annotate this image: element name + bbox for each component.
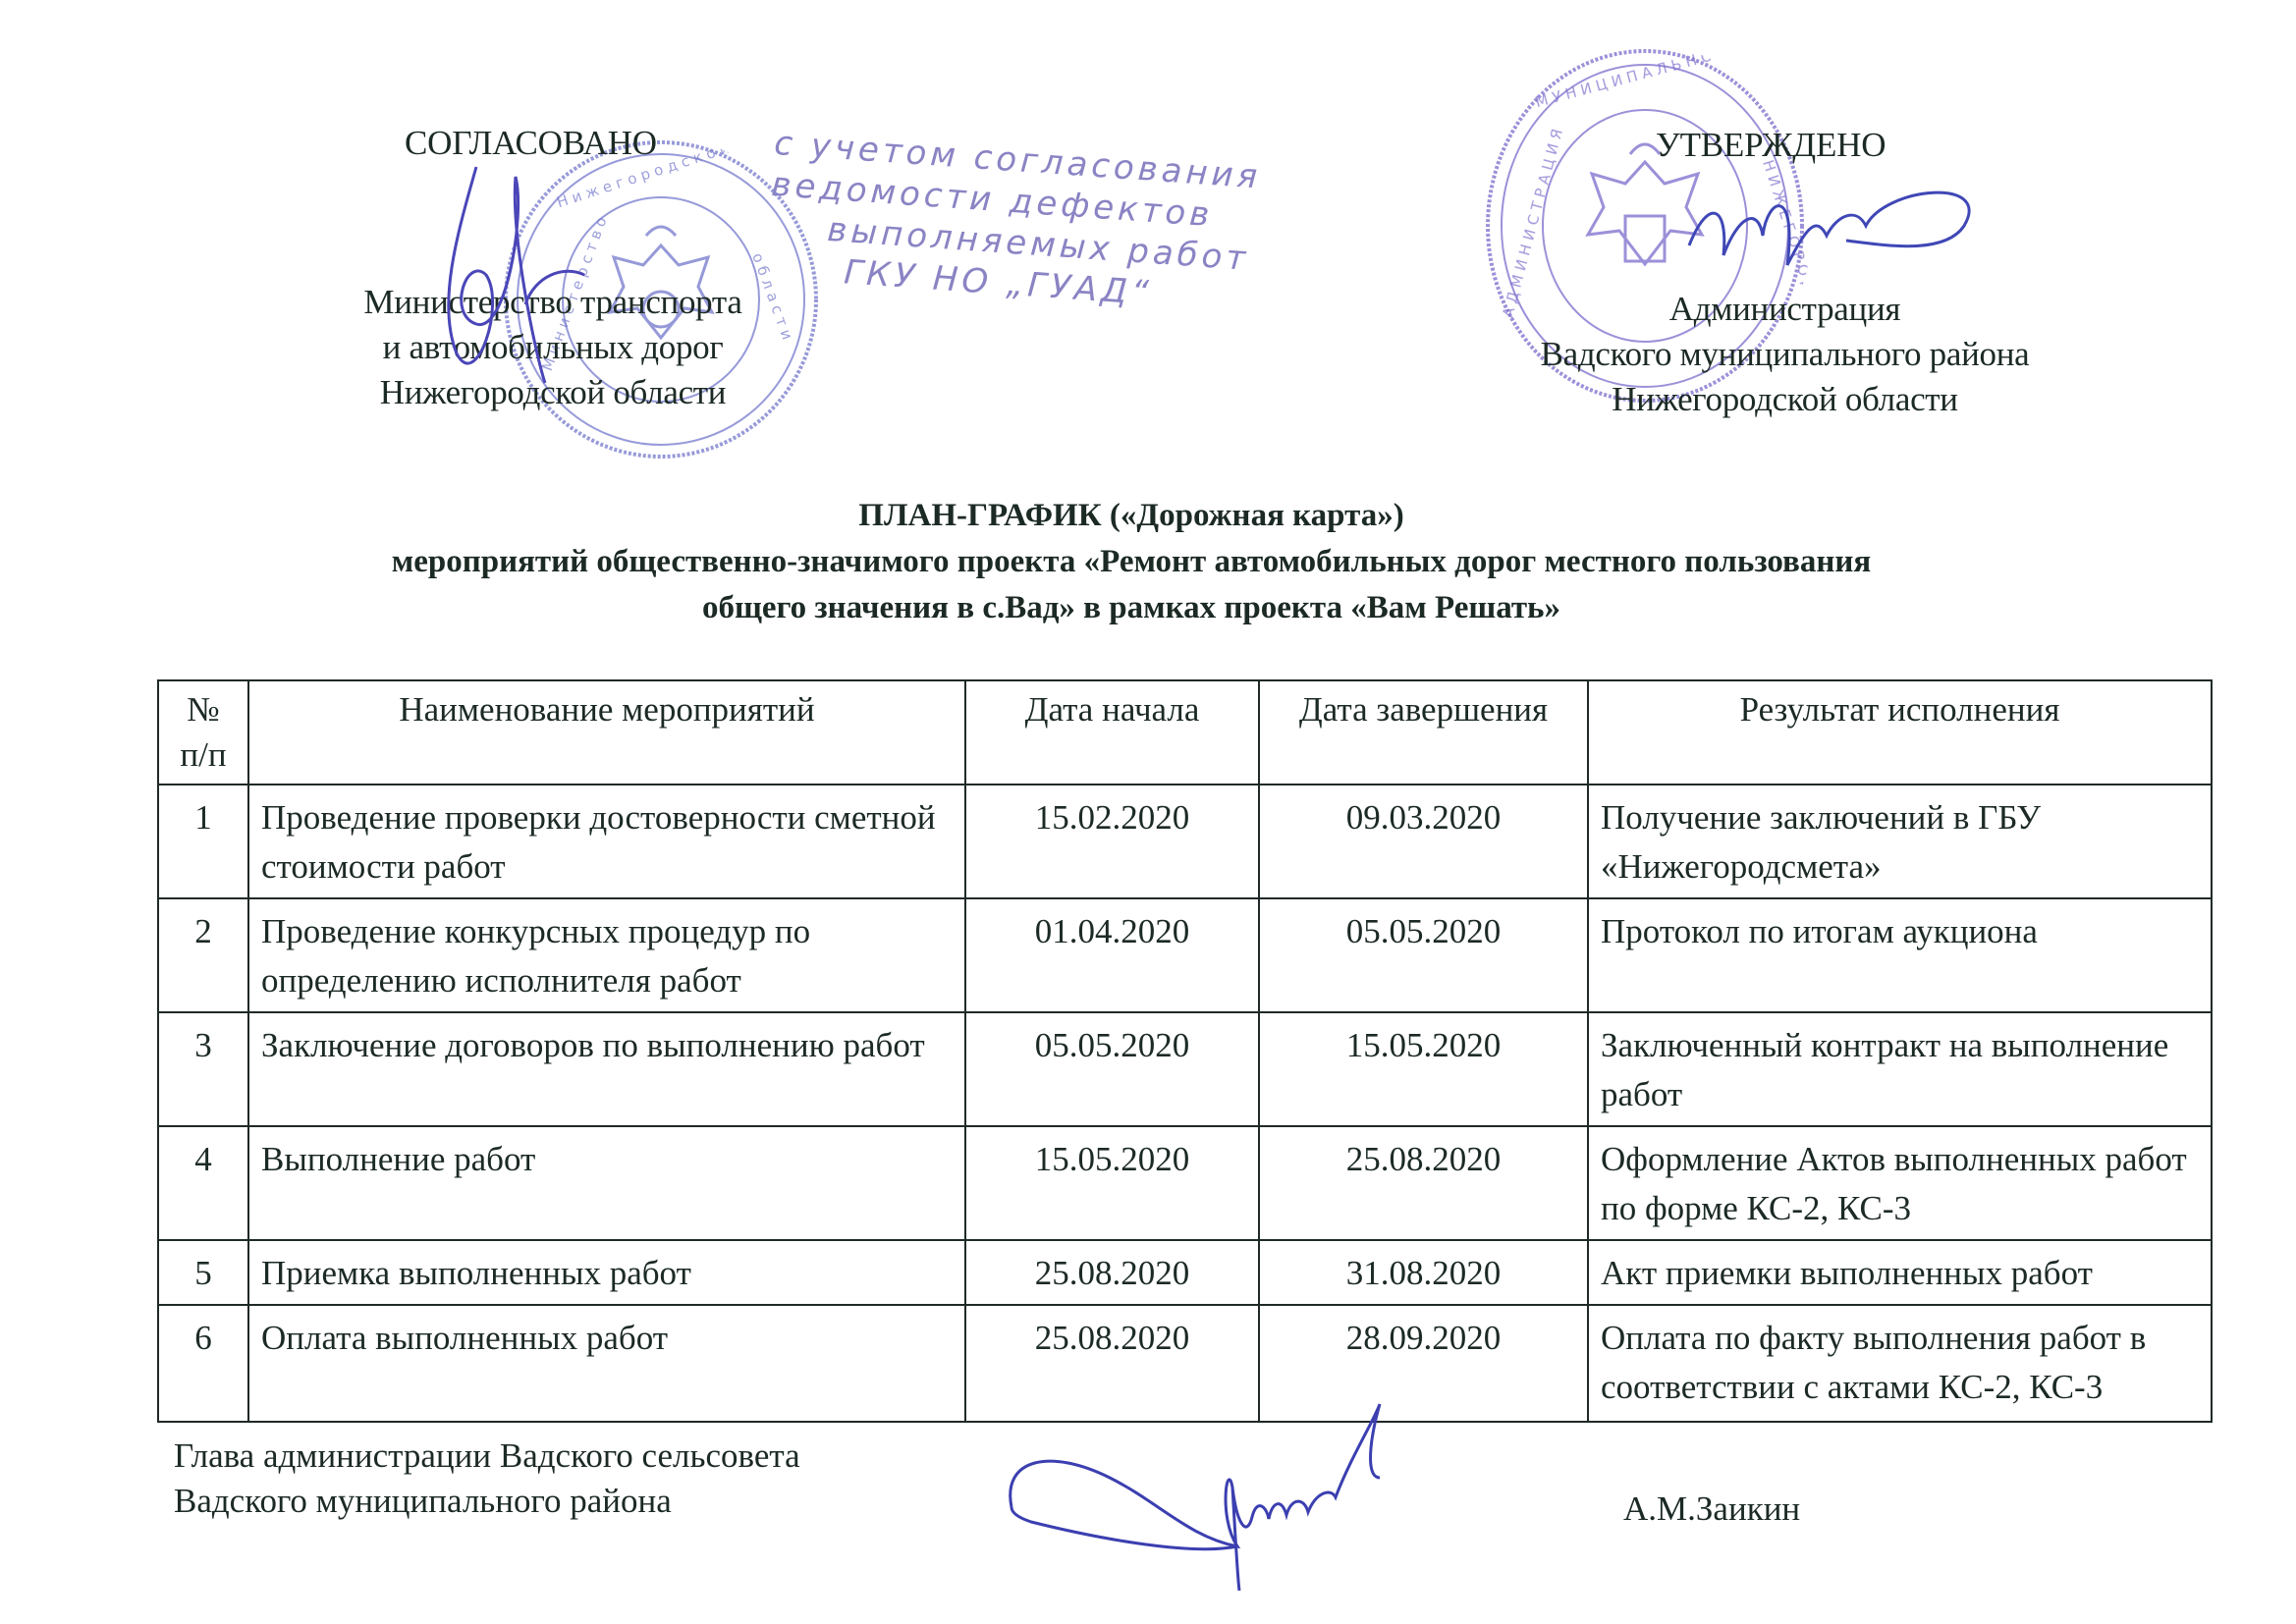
approval-right-org-line: Нижегородской области xyxy=(1503,377,2067,422)
header-end-date: Дата завершения xyxy=(1259,680,1588,785)
header-result: Результат исполнения xyxy=(1588,680,2212,785)
cell-result: Протокол по итогам аукциона xyxy=(1588,898,2212,1012)
cell-activity-name: Оплата выполненных работ xyxy=(248,1305,965,1422)
cell-end-date: 31.08.2020 xyxy=(1259,1240,1588,1305)
header-number: № п/п xyxy=(158,680,248,785)
cell-result: Акт приемки выполненных работ xyxy=(1588,1240,2212,1305)
header-start-date: Дата начала xyxy=(965,680,1259,785)
cell-end-date: 15.05.2020 xyxy=(1259,1012,1588,1126)
title-line-3: общего значения в с.Вад» в рамках проект… xyxy=(0,585,2279,631)
cell-number: 1 xyxy=(158,785,248,898)
document-title: ПЛАН-ГРАФИК («Дорожная карта») мероприят… xyxy=(0,493,2279,631)
cell-result: Оплата по факту выполнения работ в соотв… xyxy=(1588,1305,2212,1422)
cell-start-date: 25.08.2020 xyxy=(965,1240,1259,1305)
signature-right-icon xyxy=(1669,157,2003,304)
footer-signatory: А.М.Заикин xyxy=(1623,1487,1800,1532)
cell-start-date: 15.05.2020 xyxy=(965,1126,1259,1240)
cell-number: 5 xyxy=(158,1240,248,1305)
footer-position-line: Вадского муниципального района xyxy=(174,1479,800,1524)
signature-left-icon xyxy=(417,157,614,403)
header-number-line: № xyxy=(171,687,236,732)
cell-activity-name: Проведение проверки достоверности сметно… xyxy=(248,785,965,898)
handwritten-note: с учетом согласования ведомости дефектов… xyxy=(764,123,1262,321)
table-row: 3Заключение договоров по выполнению рабо… xyxy=(158,1012,2212,1126)
approval-right-org: Администрация Вадского муниципального ра… xyxy=(1503,287,2067,422)
title-line-1: ПЛАН-ГРАФИК («Дорожная карта») xyxy=(0,493,2279,539)
cell-result: Заключенный контракт на выполнение работ xyxy=(1588,1012,2212,1126)
header-number-line: п/п xyxy=(171,732,236,778)
title-line-2: мероприятий общественно-значимого проект… xyxy=(0,539,2279,585)
signature-footer-icon xyxy=(992,1399,1463,1596)
cell-start-date: 01.04.2020 xyxy=(965,898,1259,1012)
table-row: 1Проведение проверки достоверности сметн… xyxy=(158,785,2212,898)
cell-end-date: 25.08.2020 xyxy=(1259,1126,1588,1240)
svg-text:М У Н И Ц И П А Л Ь Н О Г О: М У Н И Ц И П А Л Ь Н О Г О xyxy=(1533,44,1743,111)
cell-activity-name: Приемка выполненных работ xyxy=(248,1240,965,1305)
approval-right-org-line: Администрация xyxy=(1503,287,2067,332)
cell-start-date: 05.05.2020 xyxy=(965,1012,1259,1126)
cell-result: Получение заключений в ГБУ «Нижегородсме… xyxy=(1588,785,2212,898)
footer-position-line: Глава администрации Вадского сельсовета xyxy=(174,1434,800,1479)
cell-result: Оформление Актов выполненных работ по фо… xyxy=(1588,1126,2212,1240)
footer-position: Глава администрации Вадского сельсовета … xyxy=(174,1434,800,1524)
cell-number: 4 xyxy=(158,1126,248,1240)
header-name: Наименование мероприятий xyxy=(248,680,965,785)
table-row: 5Приемка выполненных работ25.08.202031.0… xyxy=(158,1240,2212,1305)
cell-activity-name: Заключение договоров по выполнению работ xyxy=(248,1012,965,1126)
table-header-row: № п/п Наименование мероприятий Дата нача… xyxy=(158,680,2212,785)
cell-activity-name: Выполнение работ xyxy=(248,1126,965,1240)
cell-number: 2 xyxy=(158,898,248,1012)
table-row: 4Выполнение работ15.05.202025.08.2020Офо… xyxy=(158,1126,2212,1240)
cell-end-date: 05.05.2020 xyxy=(1259,898,1588,1012)
cell-number: 3 xyxy=(158,1012,248,1126)
table-row: 2Проведение конкурсных процедур по опред… xyxy=(158,898,2212,1012)
schedule-table: № п/п Наименование мероприятий Дата нача… xyxy=(157,679,2213,1423)
cell-activity-name: Проведение конкурсных процедур по опреде… xyxy=(248,898,965,1012)
cell-number: 6 xyxy=(158,1305,248,1422)
cell-start-date: 15.02.2020 xyxy=(965,785,1259,898)
approval-right-org-line: Вадского муниципального района xyxy=(1503,332,2067,377)
cell-end-date: 09.03.2020 xyxy=(1259,785,1588,898)
